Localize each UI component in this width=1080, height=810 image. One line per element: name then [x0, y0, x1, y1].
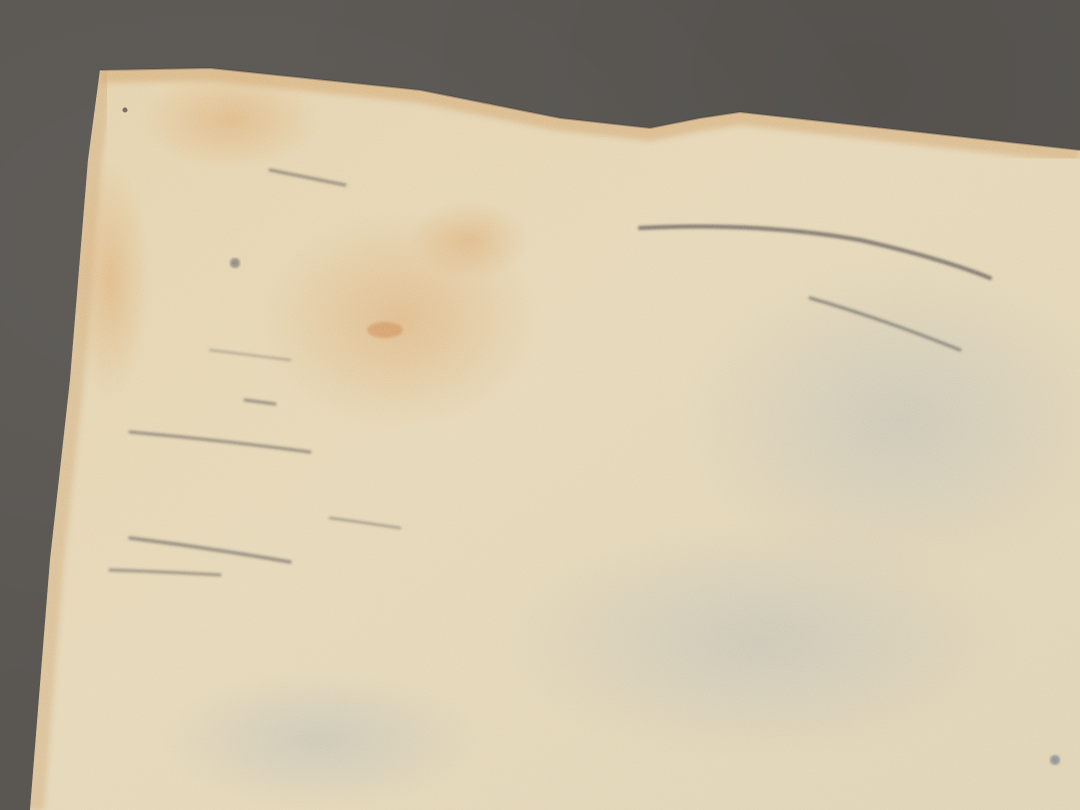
photo-scene: [0, 0, 1080, 810]
washi-paper: [0, 0, 1080, 810]
